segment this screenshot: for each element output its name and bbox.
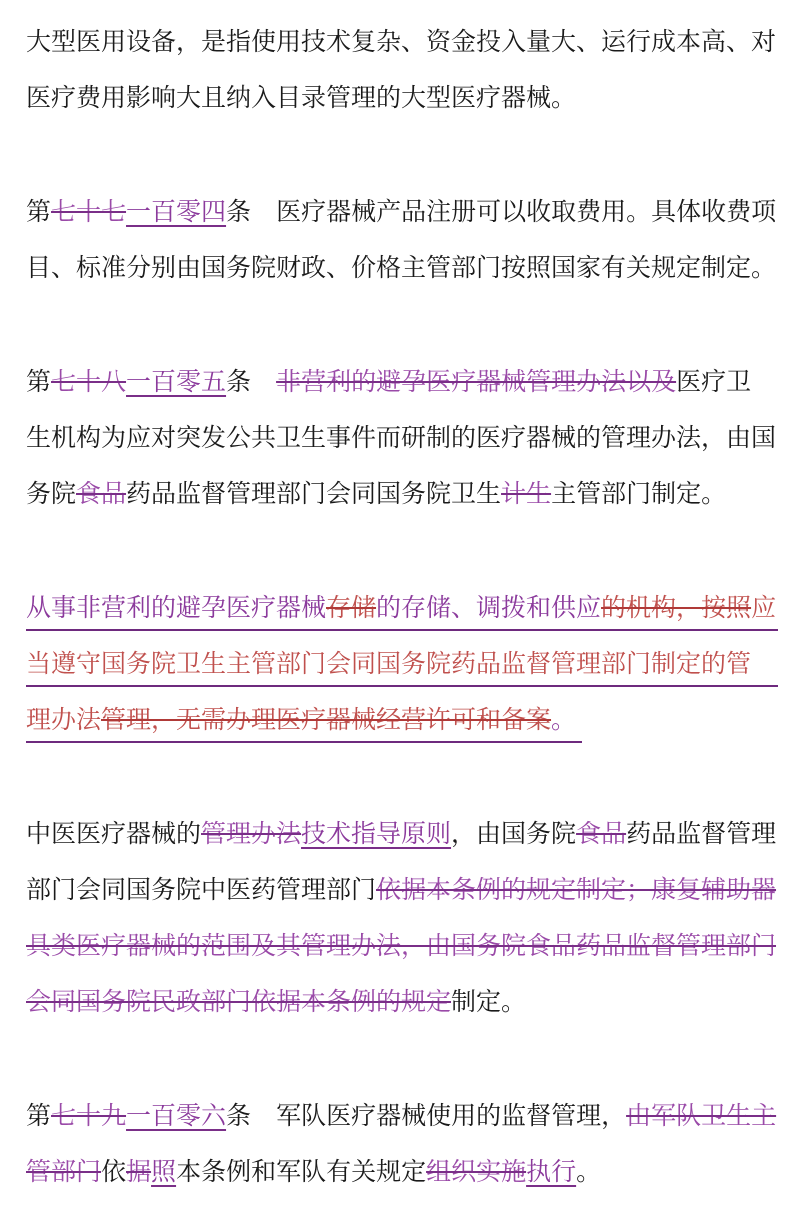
deleted-text: 依据本条例的规定制定；康复辅助器 [376,875,776,904]
article-suffix: 条 [226,1101,251,1130]
deleted-text: 管理，无需办理医疗器械经营许可和备案 [101,705,551,734]
deleted-text: 计生 [501,479,551,508]
deleted-text: 管部门 [26,1157,101,1186]
article-106-line2: 管部门依据照本条例和军队有关规定组织实施执行。 [26,1152,786,1192]
deleted-article-number: 七十八 [51,367,126,396]
tcm-para-line1: 中医医疗器械的管理办法技术指导原则，由国务院食品药品监督管理 [26,814,786,854]
body-text: 。 [576,1157,601,1186]
body-text: 医疗费用影响大且纳入目录管理的大型医疗器械。 [26,83,576,112]
article-106-line1: 第七十九一百零六条军队医疗器械使用的监督管理，由军队卫生主 [26,1096,786,1136]
body-text: 药品监督管理 [626,819,776,848]
article-104-line2: 目、标准分别由国务院财政、价格主管部门按照国家有关规定制定。 [26,248,786,288]
article-prefix: 第 [26,197,51,226]
inserted-text: 应 [751,593,776,622]
body-text: 务院 [26,479,76,508]
article-105-line2: 生机构为应对突发公共卫生事件而研制的医疗器械的管理办法，由国 [26,418,786,458]
body-text: 医疗卫 [676,367,751,396]
body-text: 部门会同国务院中医药管理部门 [26,875,376,904]
inserted-text: 从事非营利的避孕医疗器械 [26,593,326,622]
article-suffix: 条 [226,367,251,396]
inserted-text: 执行 [526,1157,576,1186]
body-text: 制定。 [451,987,526,1016]
body-text: 依 [101,1157,126,1186]
inserted-text: 理办法 [26,705,101,734]
inserted-article-number: 一百零六 [126,1101,226,1130]
inserted-text: 照 [151,1157,176,1186]
article-prefix: 第 [26,1101,51,1130]
body-text: 大型医用设备，是指使用技术复杂、资金投入量大、运行成本高、对 [26,27,776,56]
inserted-para-line2: 当遵守国务院卫生主管部门会同国务院药品监督管理部门制定的管 [26,644,786,684]
inserted-text: 技术指导原则 [301,819,451,848]
deleted-text: 据 [126,1157,151,1186]
body-text: 生机构为应对突发公共卫生事件而研制的医疗器械的管理办法，由国 [26,423,776,452]
deleted-text: 非营利的避孕医疗器械管理办法以及 [276,367,676,396]
body-text: 目、标准分别由国务院财政、价格主管部门按照国家有关规定制定。 [26,253,776,282]
tcm-para-line3: 具类医疗器械的范围及其管理办法，由国务院食品药品监督管理部门 [26,926,786,966]
para1-line1: 大型医用设备，是指使用技术复杂、资金投入量大、运行成本高、对 [26,22,786,62]
tcm-para-line2: 部门会同国务院中医药管理部门依据本条例的规定制定；康复辅助器 [26,870,786,910]
inserted-para-line1: 从事非营利的避孕医疗器械存储的存储、调拨和供应的机构，按照应 [26,588,786,628]
deleted-text: 的机构，按照 [601,593,751,622]
para1-line2: 医疗费用影响大且纳入目录管理的大型医疗器械。 [26,78,786,118]
body-text: 中医医疗器械的 [26,819,201,848]
inserted-article-number: 一百零四 [126,197,226,226]
body-text: 主管部门制定。 [551,479,726,508]
inserted-text: 当遵守国务院卫生主管部门会同国务院药品监督管理部门制定的管 [26,649,751,678]
article-105-line1: 第七十八一百零五条非营利的避孕医疗器械管理办法以及医疗卫 [26,362,786,402]
inserted-text: 。 [551,705,576,734]
insertion-underline [26,685,778,687]
deleted-text: 会同国务院民政部门依据本条例的规定 [26,987,451,1016]
deleted-text: 食品 [76,479,126,508]
deleted-text: 具类医疗器械的范围及其管理办法，由国务院食品药品监督管理部门 [26,931,776,960]
deleted-article-number: 七十九 [51,1101,126,1130]
deleted-text: 组织实施 [426,1157,526,1186]
body-text: 医疗器械产品注册可以收取费用。具体收费项 [276,197,776,226]
article-104-line1: 第七十七一百零四条医疗器械产品注册可以收取费用。具体收费项 [26,192,786,232]
body-text: 军队医疗器械使用的监督管理， [276,1101,626,1130]
inserted-text: 的存储、调拨和供应 [376,593,601,622]
inserted-para-line3: 理办法管理，无需办理医疗器械经营许可和备案。 [26,700,786,740]
deleted-text: 存储 [326,593,376,622]
inserted-article-number: 一百零五 [126,367,226,396]
body-text: 本条例和军队有关规定 [176,1157,426,1186]
insertion-underline [26,629,778,631]
body-text: 药品监督管理部门会同国务院卫生 [126,479,501,508]
article-105-line3: 务院食品药品监督管理部门会同国务院卫生计生主管部门制定。 [26,474,786,514]
article-suffix: 条 [226,197,251,226]
body-text: ，由国务院 [451,819,576,848]
deleted-article-number: 七十七 [51,197,126,226]
insertion-underline [26,741,582,743]
deleted-text: 管理办法 [201,819,301,848]
tcm-para-line4: 会同国务院民政部门依据本条例的规定制定。 [26,982,786,1022]
article-prefix: 第 [26,367,51,396]
deleted-text: 由军队卫生主 [626,1101,776,1130]
deleted-text: 食品 [576,819,626,848]
